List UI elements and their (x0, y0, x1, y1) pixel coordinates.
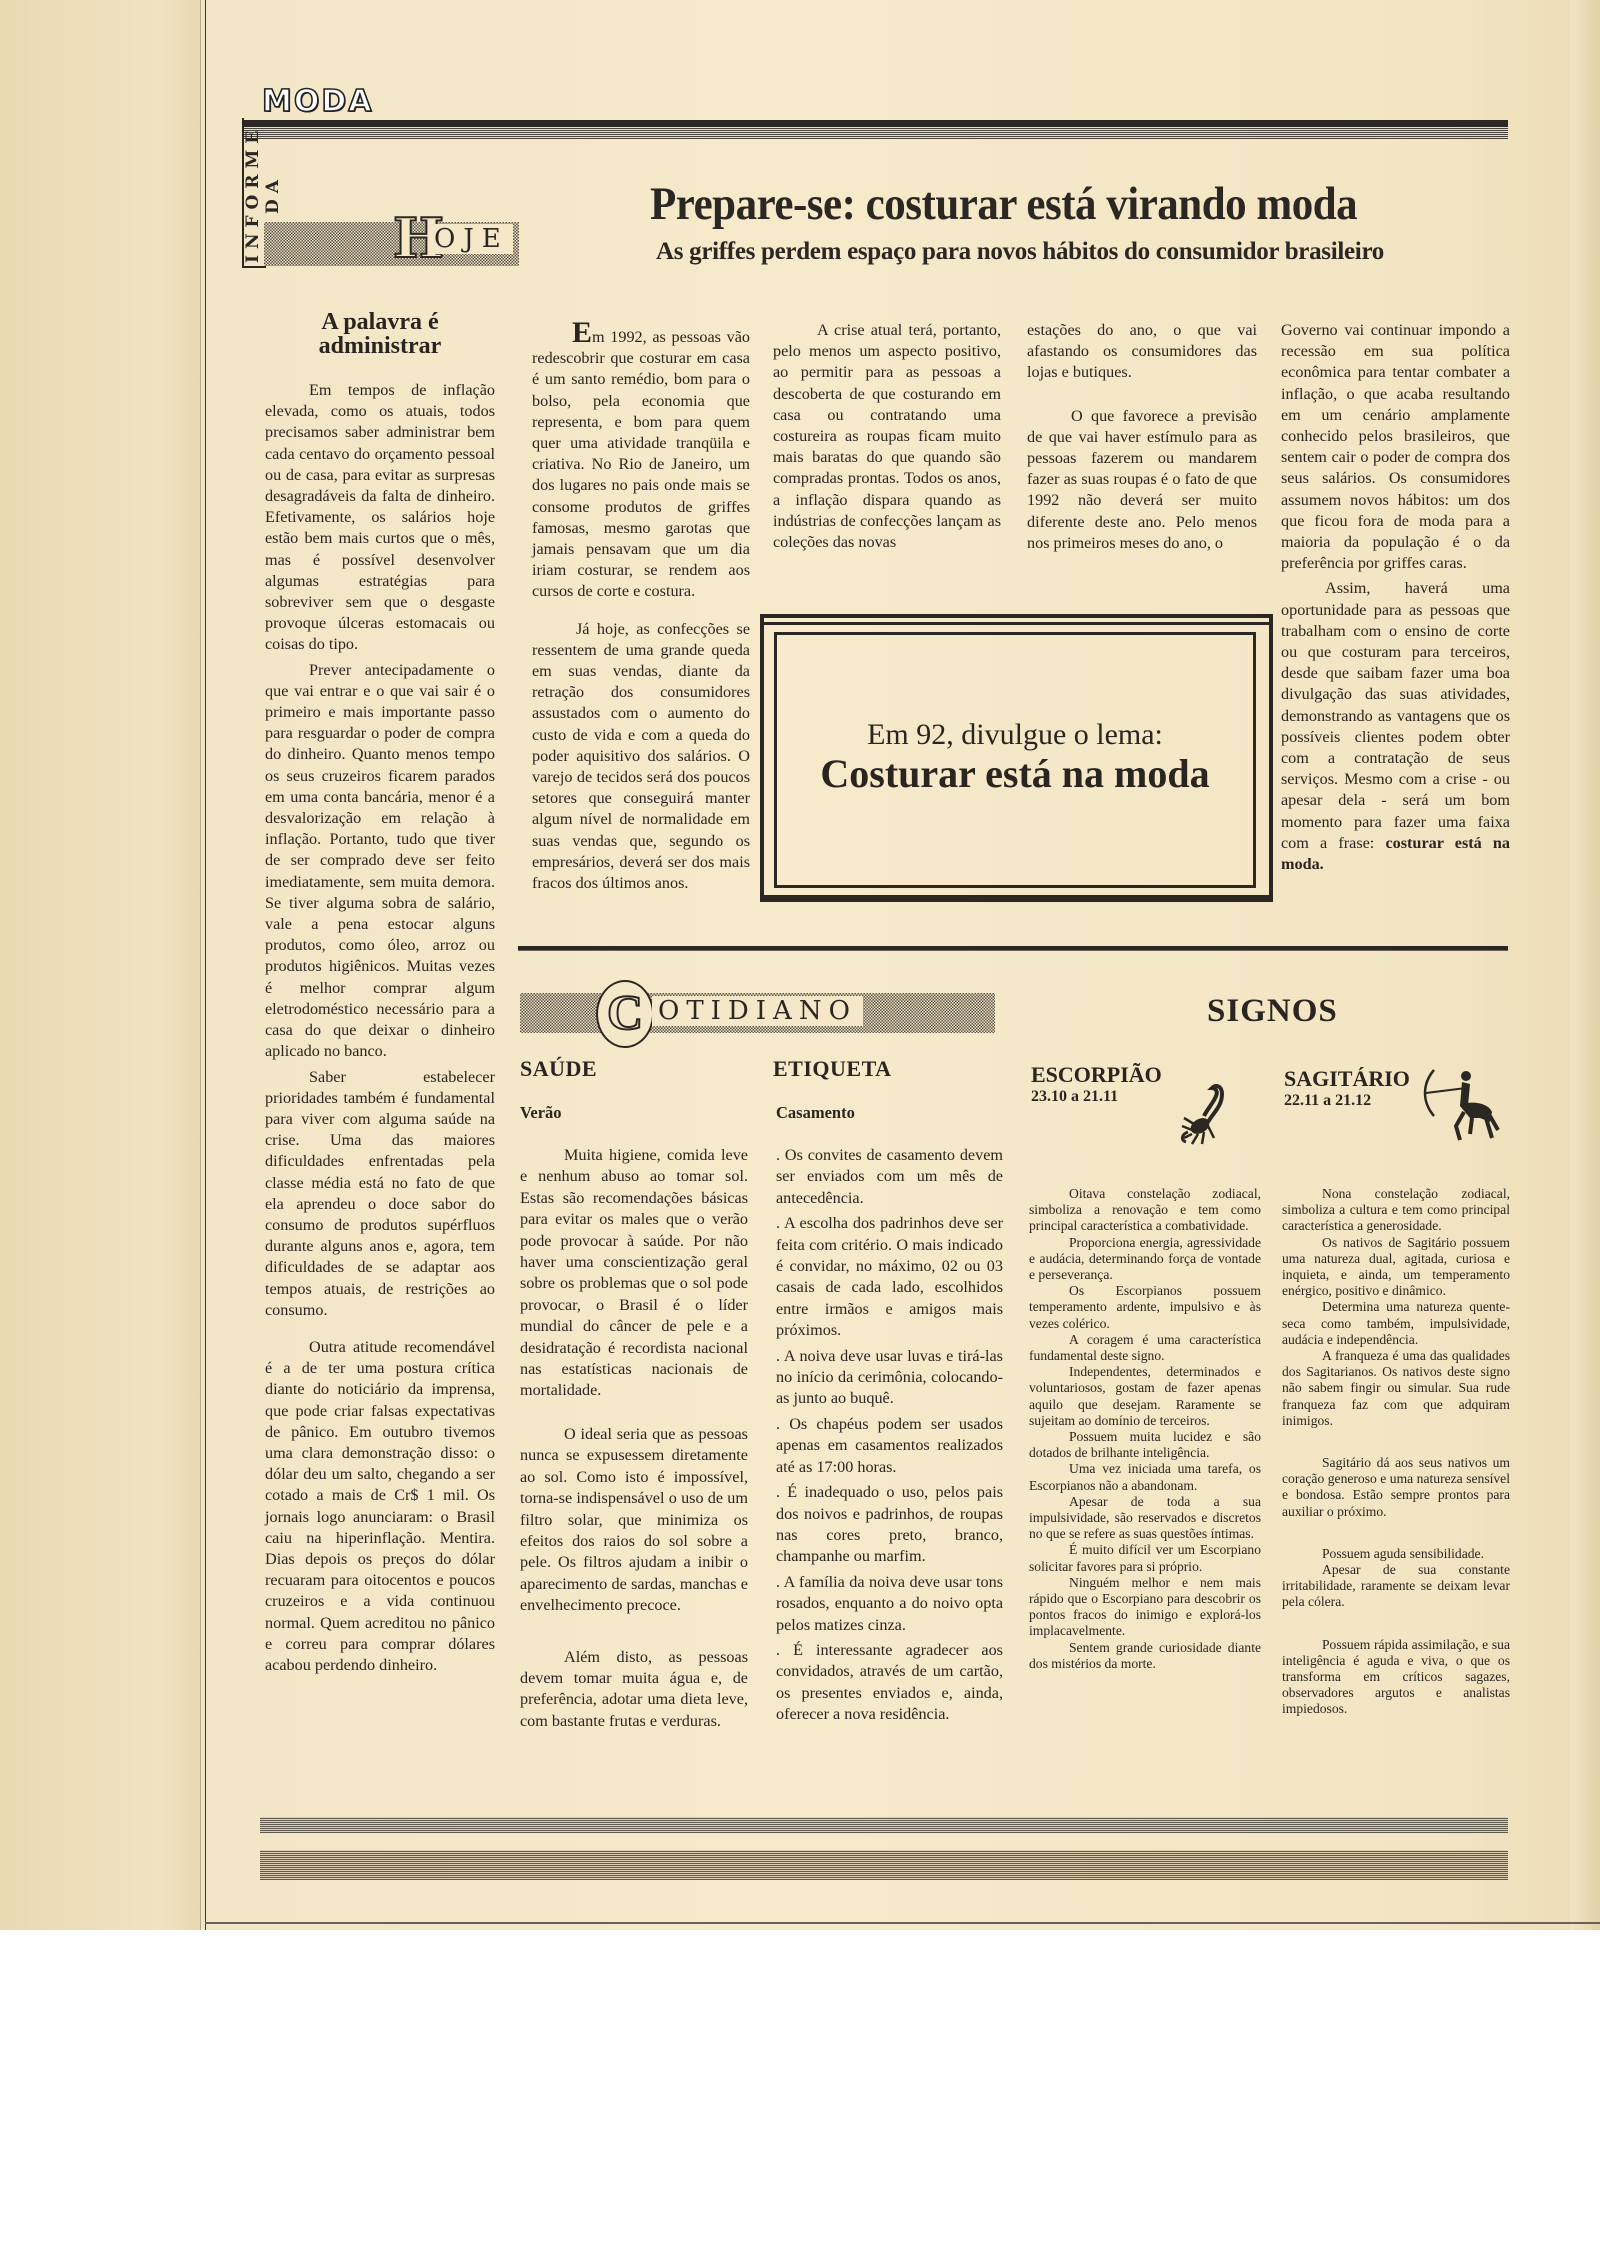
sagitario-paragraph: A franqueza é uma das qualidades dos Sag… (1282, 1348, 1510, 1429)
etiqueta-item: . É interessante agradecer aos convidado… (776, 1640, 1003, 1726)
article-paragraph: estações do ano, o que vai afastando os … (1027, 320, 1257, 384)
escorpiao-paragraph: Os Escorpianos possuem temperamento arde… (1029, 1283, 1261, 1332)
sagitario-text: Nona constelação zodiacal, simboliza a c… (1282, 1186, 1510, 1718)
dropcap-letter: E (572, 316, 592, 349)
etiqueta-item: . A escolha dos padrinhos deve ser feita… (776, 1213, 1003, 1341)
page-fold-line (205, 0, 206, 1930)
article-column-4: estações do ano, o que vai afastando os … (1027, 320, 1257, 558)
sidebar-paragraph: Outra atitude recomendável é a de ter um… (265, 1337, 495, 1676)
sidebar-paragraph: Em tempos de inflação elevada, como os a… (265, 380, 495, 656)
pullquote-line-2: Costurar está na moda (774, 750, 1256, 797)
saude-paragraph: O ideal seria que as pessoas nunca se ex… (520, 1424, 748, 1617)
sidebar-column: A palavra é administrar Em tempos de inf… (265, 310, 495, 1680)
article-paragraph: O que favorece a previsão de que vai hav… (1027, 406, 1257, 554)
sagitario-paragraph: Sagitário dá aos seus nativos um coração… (1282, 1455, 1510, 1520)
pullquote-line-1: Em 92, divulgue o lema: (774, 718, 1256, 752)
hoje-label: OJE (430, 224, 513, 254)
escorpiao-paragraph: Oitava constelação zodiacal, simboliza a… (1029, 1186, 1261, 1235)
saude-column: Muita higiene, comida leve e nenhum abus… (520, 1145, 748, 1736)
escorpiao-paragraph: Uma vez iniciada uma tarefa, os Escorpia… (1029, 1461, 1261, 1493)
saude-paragraph: Muita higiene, comida leve e nenhum abus… (520, 1145, 748, 1402)
etiqueta-item: . A noiva deve usar luvas e tirá-las no … (776, 1346, 1003, 1410)
sidebar-paragraph: Saber estabelecer prioridades também é f… (265, 1067, 495, 1321)
escorpiao-paragraph: Proporciona energia, agressividade e aud… (1029, 1235, 1261, 1284)
bottom-hatch-bar-2 (260, 1850, 1508, 1880)
signos-heading: SIGNOS (1207, 993, 1338, 1030)
sagitario-dates: 22.11 a 21.12 (1284, 1092, 1371, 1110)
etiqueta-item: . A família da noiva deve usar tons rosa… (776, 1572, 1003, 1636)
article-paragraph: Já hoje, as confecções se ressentem de u… (532, 619, 750, 895)
sagitario-paragraph: Apesar de sua constante irritabilidade, … (1282, 1562, 1510, 1611)
centaur-archer-icon (1420, 1066, 1502, 1146)
main-headline: Prepare-se: costurar está virando moda (650, 178, 1357, 231)
article-paragraph: Em 1992, as pessoas vão redescobrir que … (532, 318, 750, 603)
article-column-5: Governo vai continuar impondo a recessão… (1281, 320, 1510, 879)
saude-paragraph: Além disto, as pessoas devem tomar muita… (520, 1647, 748, 1733)
etiqueta-heading: ETIQUETA (773, 1056, 892, 1082)
section-divider-rule (518, 946, 1508, 951)
article-paragraph: A crise atual terá, portanto, pelo menos… (773, 320, 1001, 553)
vertical-label-informe-da: INFORME DA (243, 125, 265, 263)
top-hatch-rule (244, 127, 1508, 139)
escorpiao-paragraph: A coragem é uma característica fundament… (1029, 1332, 1261, 1364)
top-rule (244, 120, 1508, 127)
right-page-edge (1570, 0, 1600, 1930)
saude-heading: SAÚDE (520, 1056, 597, 1082)
article-paragraph-text: Assim, haverá uma oportunidade para as p… (1281, 579, 1510, 851)
cotidiano-initial: C (596, 980, 654, 1048)
escorpiao-dates: 23.10 a 21.11 (1031, 1088, 1118, 1106)
folded-left-margin (0, 0, 201, 1930)
sagitario-name: SAGITÁRIO (1284, 1066, 1410, 1092)
main-subheadline: As griffes perdem espaço para novos hábi… (656, 238, 1384, 266)
etiqueta-item: . Os convites de casamento devem ser env… (776, 1145, 1003, 1209)
sagitario-paragraph: Possuem rápida assimilação, e sua inteli… (1282, 1637, 1510, 1718)
escorpiao-paragraph: Possuem muita lucidez e são dotados de b… (1029, 1429, 1261, 1461)
etiqueta-column: . Os convites de casamento devem ser env… (776, 1145, 1003, 1730)
article-column-3: A crise atual terá, portanto, pelo menos… (773, 320, 1001, 557)
escorpiao-paragraph: Ninguém melhor e nem mais rápido que o E… (1029, 1575, 1261, 1640)
article-paragraph-text: m 1992, as pessoas vão redescobrir que c… (532, 328, 750, 600)
etiqueta-item: . Os chapéus podem ser usados apenas em … (776, 1414, 1003, 1478)
escorpiao-name: ESCORPIÃO (1031, 1062, 1162, 1088)
section-tag-moda: MODA (262, 84, 373, 119)
article-paragraph: Governo vai continuar impondo a recessão… (1281, 320, 1510, 574)
hoje-initial: H (393, 208, 423, 268)
scorpion-icon (1178, 1082, 1238, 1148)
sagitario-paragraph: Determina uma natureza quente-seca como … (1282, 1299, 1510, 1348)
sagitario-paragraph: Nona constelação zodiacal, simboliza a c… (1282, 1186, 1510, 1235)
sagitario-paragraph: Possuem aguda sensibilidade. (1282, 1546, 1510, 1562)
article-column-2: Em 1992, as pessoas vão redescobrir que … (532, 318, 750, 898)
bottom-page-edge (205, 1922, 1600, 1924)
bottom-hatch-bar-1 (260, 1817, 1508, 1833)
escorpiao-paragraph: Apesar de toda a sua impulsividade, são … (1029, 1494, 1261, 1543)
etiqueta-item: . É inadequado o uso, pelos pais dos noi… (776, 1482, 1003, 1568)
escorpiao-paragraph: Independentes, determinados e voluntario… (1029, 1364, 1261, 1429)
pullquote-bottom-rule (760, 895, 1273, 899)
etiqueta-subheading: Casamento (776, 1103, 855, 1123)
saude-subheading: Verão (520, 1103, 562, 1123)
sidebar-title: A palavra é administrar (265, 310, 495, 358)
escorpiao-paragraph: É muito difícil ver um Escorpiano solici… (1029, 1542, 1261, 1574)
sidebar-paragraph: Prever antecipadamente o que vai entrar … (265, 660, 495, 1063)
escorpiao-paragraph: Sentem grande curiosidade diante dos mis… (1029, 1640, 1261, 1672)
article-paragraph: Assim, haverá uma oportunidade para as p… (1281, 578, 1510, 875)
cotidiano-label: OTIDIANO (652, 996, 863, 1026)
sagitario-paragraph: Os nativos de Sagitário possuem uma natu… (1282, 1235, 1510, 1300)
escorpiao-text: Oitava constelação zodiacal, simboliza a… (1029, 1186, 1261, 1672)
